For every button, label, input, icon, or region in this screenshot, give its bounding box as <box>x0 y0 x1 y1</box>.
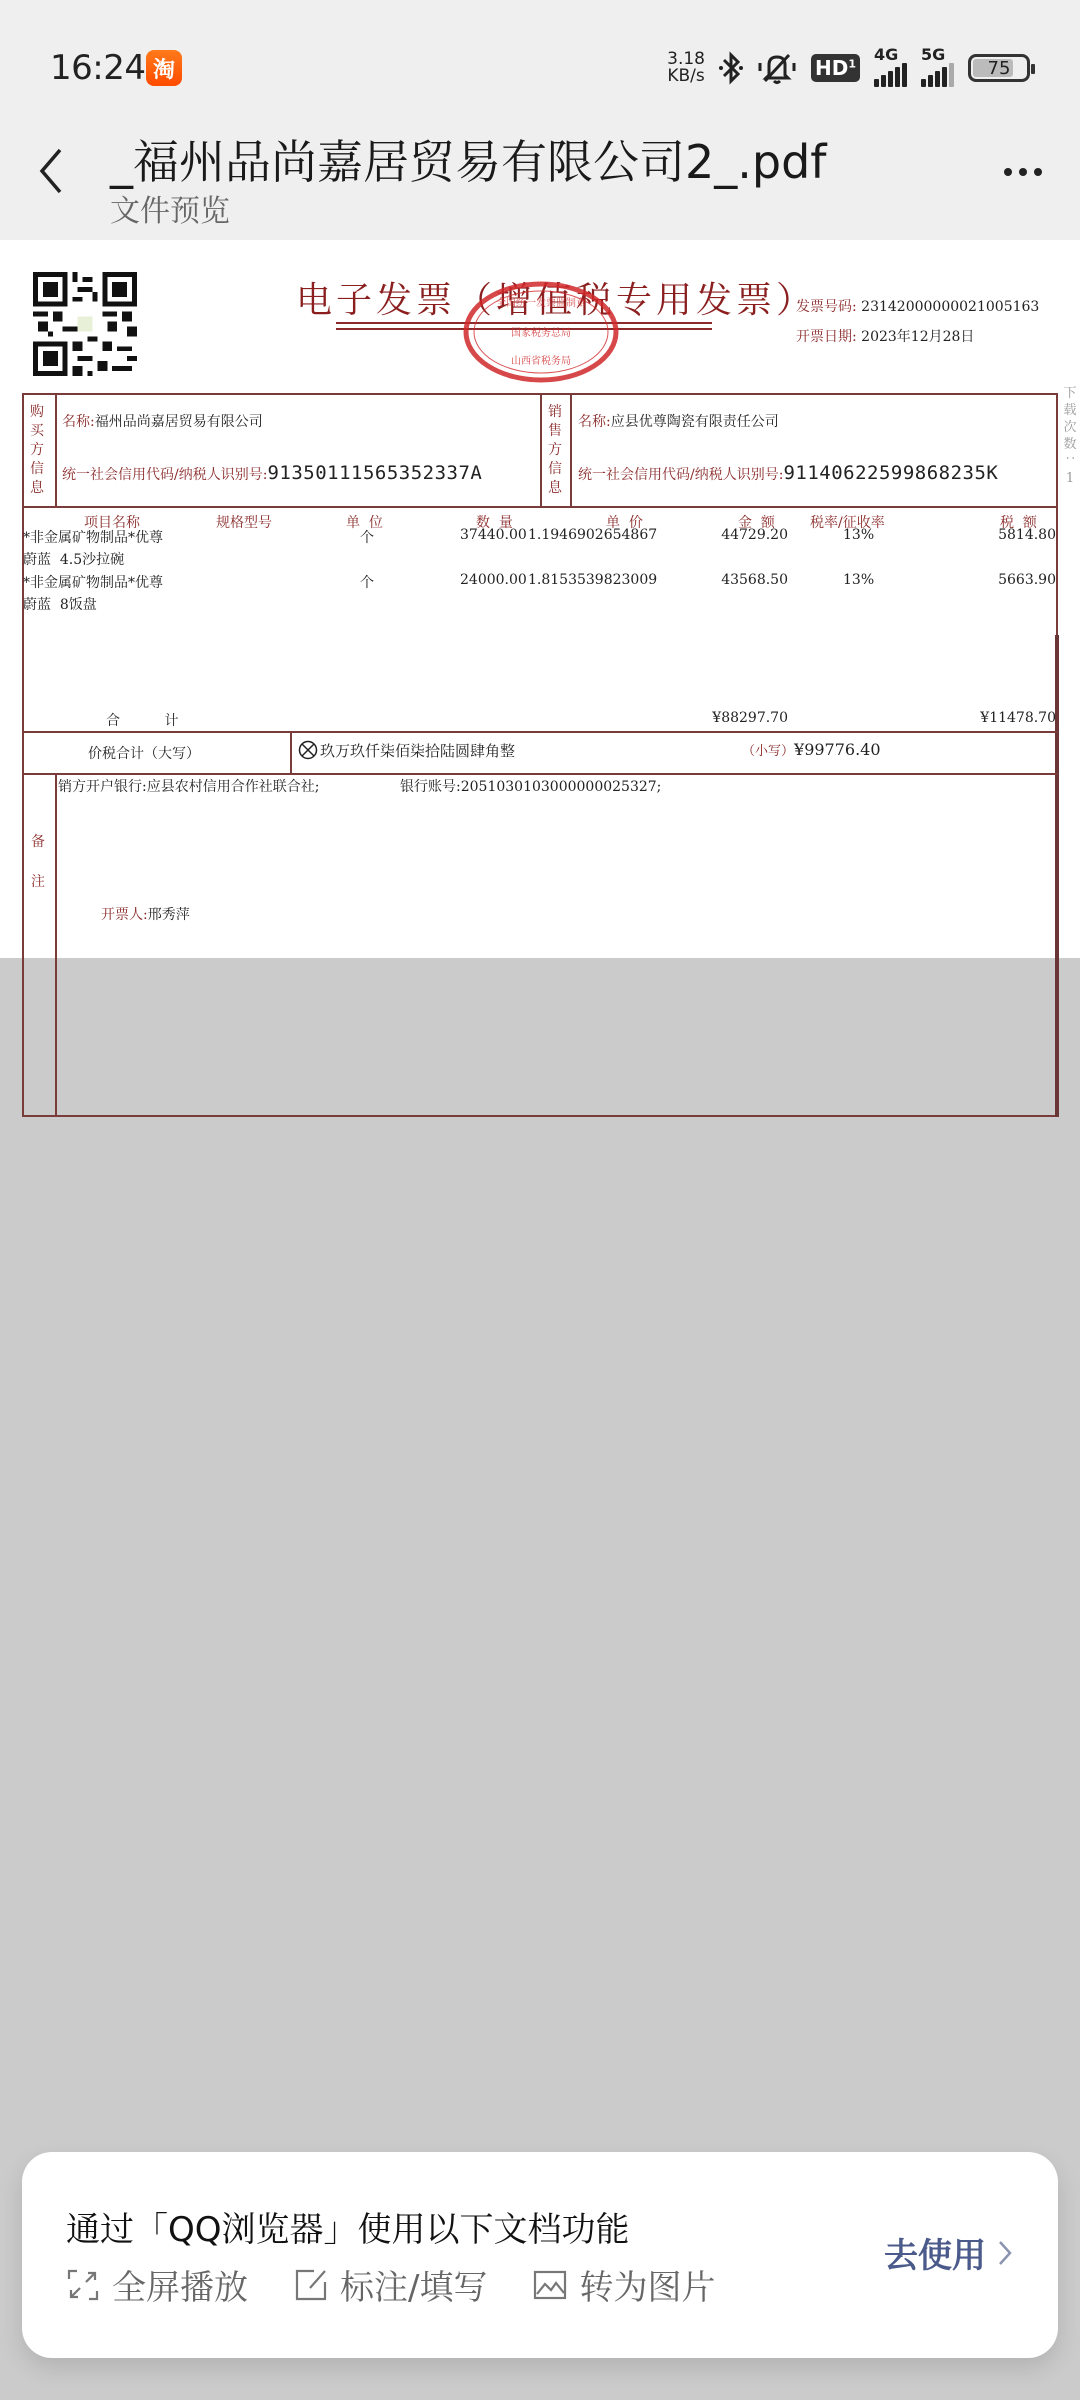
table-divider <box>55 773 57 1117</box>
signal-4g-label: 4G <box>874 45 898 64</box>
image-icon <box>533 2268 567 2302</box>
issue-date-value: 2023年12月28日 <box>861 329 974 345</box>
invoice-number: 发票号码: 23142000000021005163 <box>796 296 1039 316</box>
feature-annotate[interactable]: 标注/填写 <box>294 2260 487 2309</box>
total-label: 合 计 <box>106 710 179 730</box>
promo-title: 通过「QQ浏览器」使用以下文档功能 <box>66 2202 630 2251</box>
buyer-tax-id-value: 91350111565352337A <box>267 462 482 484</box>
buyer-tax-id: 统一社会信用代码/纳税人识别号:91350111565352337A <box>62 462 482 484</box>
official-stamp: 全国统一发票监制章 国家税务总局 山西省税务局 <box>462 280 620 384</box>
grand-total-figures: （小写）¥99776.40 <box>742 740 881 759</box>
buyer-name: 名称:福州品尚嘉居贸易有限公司 <box>62 411 263 431</box>
more-options-button[interactable] <box>1004 168 1042 176</box>
taobao-icon: 淘 <box>146 50 182 86</box>
item-tax: 5814.80 <box>998 527 1056 543</box>
document-subtitle: 文件预览 <box>110 186 230 230</box>
table-border <box>1055 635 1059 1117</box>
seller-section-label: 销售方信息 <box>546 403 564 498</box>
seller-name-label: 名称: <box>578 414 611 430</box>
item-quantity: 24000.00 <box>460 572 527 588</box>
invoice-number-value: 23142000000021005163 <box>861 299 1039 315</box>
table-divider <box>540 393 542 506</box>
qq-browser-promo-card[interactable]: 通过「QQ浏览器」使用以下文档功能 全屏播放 标注/填写 转为图片 <box>22 2152 1058 2358</box>
issue-date-label: 开票日期: <box>796 329 857 345</box>
table-divider <box>22 731 1058 733</box>
network-speed: 3.18 KB/s <box>667 51 705 85</box>
item-amount: 44729.20 <box>721 527 788 543</box>
feature-to-image-label: 转为图片 <box>579 2260 715 2309</box>
total-amount: ¥88297.70 <box>712 710 788 726</box>
grand-total-words-value: 玖万玖仟柒佰柒拾陆圆肆角整 <box>320 742 515 760</box>
col-spec: 规格型号 <box>216 512 272 532</box>
qr-code <box>33 272 137 376</box>
bluetooth-icon <box>719 51 743 85</box>
feature-to-image[interactable]: 转为图片 <box>533 2260 715 2309</box>
stamp-bottom-text: 山西省税务局 <box>511 354 571 367</box>
table-divider <box>22 773 1058 775</box>
total-tax: ¥11478.70 <box>980 710 1056 726</box>
remarks-label: 备注 <box>29 822 47 902</box>
item-tax-rate: 13% <box>843 572 874 588</box>
hd-voice-badge: HD1 <box>811 54 860 82</box>
grand-total-words: 玖万玖仟柒佰柒拾陆圆肆角整 <box>298 740 515 761</box>
seller-tax-id-label: 统一社会信用代码/纳税人识别号: <box>578 467 783 483</box>
go-use-button[interactable]: 去使用 <box>884 2228 1014 2277</box>
invoice-number-label: 发票号码: <box>796 299 857 315</box>
item-tax: 5663.90 <box>998 572 1056 588</box>
signal-4g-icon: 4G <box>874 49 907 87</box>
signal-5g-icon: 5G <box>921 49 954 87</box>
back-button[interactable] <box>34 146 68 196</box>
seller-tax-id: 统一社会信用代码/纳税人识别号:91140622599868235K <box>578 462 998 484</box>
seller-tax-id-value: 91140622599868235K <box>783 462 998 484</box>
table-divider <box>22 506 1058 508</box>
item-unit: 个 <box>360 527 374 547</box>
status-icons: 3.18 KB/s HD1 4G 5G 75 <box>667 46 1030 90</box>
buyer-section-label: 购买方信息 <box>28 403 46 498</box>
fullscreen-icon <box>66 2268 100 2302</box>
feature-fullscreen-label: 全屏播放 <box>112 2260 248 2309</box>
table-divider <box>290 731 292 773</box>
item-name: *非金属矿物制品*优尊 <box>23 572 163 592</box>
remarks-account: 银行账号:2051030103000000025327; <box>400 776 661 796</box>
go-use-label: 去使用 <box>884 2228 986 2277</box>
seller-name-value: 应县优尊陶瓷有限责任公司 <box>611 414 779 430</box>
grand-total-figures-value: ¥99776.40 <box>794 740 881 759</box>
table-divider <box>570 393 572 506</box>
issue-date: 开票日期: 2023年12月28日 <box>796 326 974 346</box>
buyer-name-label: 名称: <box>62 414 95 430</box>
feature-list: 全屏播放 标注/填写 转为图片 <box>66 2260 715 2309</box>
download-count: 下载次数：1 <box>1062 385 1078 487</box>
signal-5g-label: 5G <box>921 45 945 64</box>
buyer-tax-id-label: 统一社会信用代码/纳税人识别号: <box>62 467 267 483</box>
item-name-cont: 蔚蓝 8饭盘 <box>23 594 97 614</box>
table-divider <box>55 393 57 506</box>
issuer-label: 开票人: <box>101 907 148 923</box>
pdf-page[interactable]: 电子发票（增值税专用发票） 全国统一发票监制章 国家税务总局 山西省税务局 发票… <box>0 240 1080 958</box>
bell-muted-icon <box>757 51 797 85</box>
feature-fullscreen[interactable]: 全屏播放 <box>66 2260 248 2309</box>
grand-total-small-label: （小写） <box>742 744 794 759</box>
chevron-right-icon <box>996 2239 1014 2267</box>
stamp-top-text: 全国统一发票监制章 <box>496 296 586 309</box>
stamp-middle-text: 国家税务总局 <box>511 326 571 339</box>
feature-annotate-label: 标注/填写 <box>340 2260 487 2309</box>
item-unit-price: 1.8153539823009 <box>528 572 657 588</box>
battery-icon: 75 <box>968 54 1030 82</box>
seller-name: 名称:应县优尊陶瓷有限责任公司 <box>578 411 779 431</box>
item-name-cont: 蔚蓝 4.5沙拉碗 <box>23 549 124 569</box>
status-time: 16:24 <box>50 48 145 88</box>
item-unit: 个 <box>360 572 374 592</box>
edit-icon <box>294 2268 328 2302</box>
net-speed-unit: KB/s <box>667 68 705 85</box>
item-unit-price: 1.1946902654867 <box>528 527 657 543</box>
buyer-name-value: 福州品尚嘉居贸易有限公司 <box>95 414 263 430</box>
item-amount: 43568.50 <box>721 572 788 588</box>
item-quantity: 37440.00 <box>460 527 527 543</box>
hd-label: HD <box>815 56 848 80</box>
remarks-bank: 销方开户银行:应县农村信用合作社联合社; <box>58 776 319 796</box>
item-name: *非金属矿物制品*优尊 <box>23 527 163 547</box>
item-tax-rate: 13% <box>843 527 874 543</box>
document-title: _福州品尚嘉居贸易有限公司2_.pdf <box>110 126 826 192</box>
top-bar: 16:24 淘 3.18 KB/s HD1 4G 5G 75 <box>0 0 1080 240</box>
issuer-value: 邢秀萍 <box>148 907 190 923</box>
issuer: 开票人:邢秀萍 <box>101 904 190 924</box>
circle-x-icon <box>298 740 318 760</box>
battery-level: 75 <box>971 58 1027 79</box>
grand-total-label: 价税合计（大写） <box>88 743 200 763</box>
invoice: 电子发票（增值税专用发票） 全国统一发票监制章 国家税务总局 山西省税务局 发票… <box>0 240 1080 958</box>
